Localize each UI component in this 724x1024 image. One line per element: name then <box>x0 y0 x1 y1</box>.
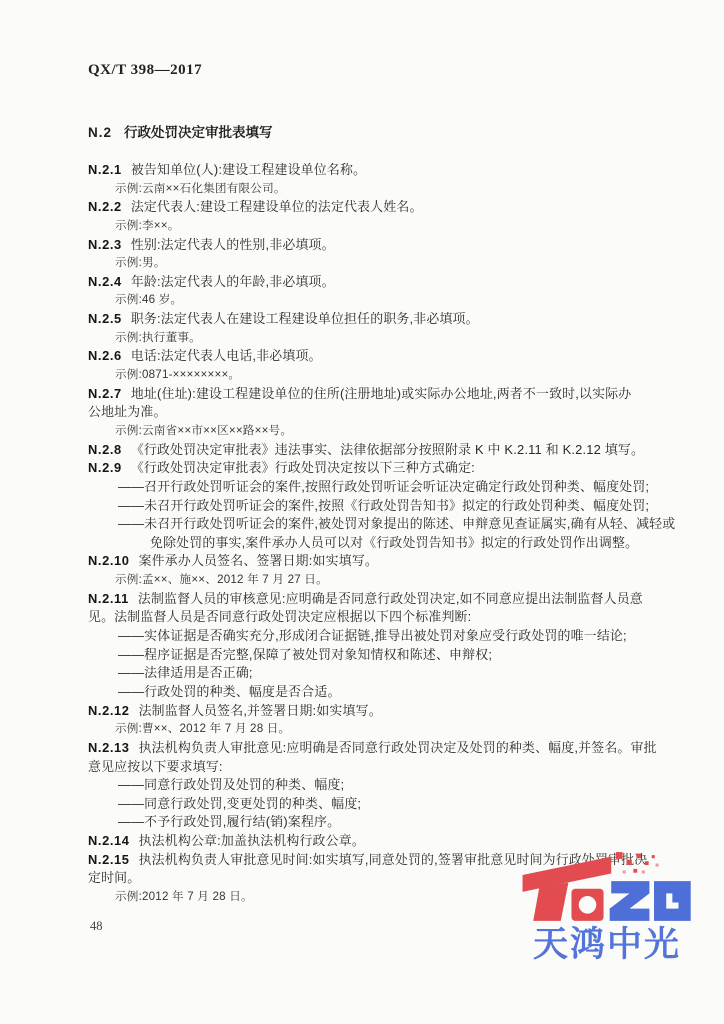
clause-text: 被告知单位(人):建设工程建设单位名称。 <box>131 162 366 177</box>
clause-text: 法制监督人员的审核意见:应明确是否同意行政处罚决定,如不同意应提出法制监督人员意 <box>138 591 643 606</box>
cont-line: 公地址为准。 <box>88 403 663 422</box>
cont-line: 见。法制监督人员是否同意行政处罚决定应根据以下四个标准判断: <box>88 608 663 627</box>
clause-number: N.2.7 <box>88 386 122 401</box>
page-body: N.2.1被告知单位(人):建设工程建设单位名称。示例:云南××石化集团有限公司… <box>88 161 663 907</box>
clause-number: N.2.2 <box>88 199 122 214</box>
dash-line: ——实体证据是否确实充分,形成闭合证据链,推导出被处罚对象应受行政处罚的唯一结论… <box>88 627 663 646</box>
dash-line: ——不予行政处罚,履行结(销)案程序。 <box>88 813 663 832</box>
clause-text: 执法机构负责人审批意见:应明确是否同意行政处罚决定及处罚的种类、幅度,并签名。审… <box>139 740 657 755</box>
clause-text: 职务:法定代表人在建设工程建设单位担任的职务,非必填项。 <box>131 311 479 326</box>
ex-line: 示例:0871-××××××××。 <box>88 366 663 385</box>
section-number: N.2 <box>88 125 112 140</box>
clause-text: 年龄:法定代表人的年龄,非必填项。 <box>131 274 335 289</box>
clause-number: N.2.8 <box>88 442 122 457</box>
clause-N.2.10: N.2.10案件承办人员签名、签署日期:如实填写。 <box>88 552 663 571</box>
clause-N.2.4: N.2.4年龄:法定代表人的年龄,非必填项。 <box>88 273 663 292</box>
clause-text: 法制监督人员签名,并签署日期:如实填写。 <box>139 703 382 718</box>
ex-line: 示例:李××。 <box>88 217 663 236</box>
clause-N.2.9: N.2.9《行政处罚决定审批表》行政处罚决定按以下三种方式确定: <box>88 459 663 478</box>
clause-number: N.2.15 <box>88 852 130 867</box>
dash-line: ——行政处罚的种类、幅度是否合适。 <box>88 683 663 702</box>
clause-N.2.2: N.2.2法定代表人:建设工程建设单位的法定代表人姓名。 <box>88 198 663 217</box>
ex-line: 示例:男。 <box>88 254 663 273</box>
clause-number: N.2.10 <box>88 553 130 568</box>
clause-number: N.2.13 <box>88 740 130 755</box>
cont-line: 意见应按以下要求填写: <box>88 758 663 777</box>
ex-line: 示例:执行董事。 <box>88 329 663 348</box>
dash-line: ——同意行政处罚,变更处罚的种类、幅度; <box>88 795 663 814</box>
clause-number: N.2.14 <box>88 833 130 848</box>
clause-N.2.1: N.2.1被告知单位(人):建设工程建设单位名称。 <box>88 161 663 180</box>
ex-line: 示例:曹××、2012 年 7 月 28 日。 <box>88 720 663 739</box>
dash-line: ——程序证据是否完整,保障了被处罚对象知情权和陈述、申辩权; <box>88 646 663 665</box>
clause-text: 法定代表人:建设工程建设单位的法定代表人姓名。 <box>131 199 423 214</box>
dash-line: ——同意行政处罚及处罚的种类、幅度; <box>88 776 663 795</box>
clause-N.2.5: N.2.5职务:法定代表人在建设工程建设单位担任的职务,非必填项。 <box>88 310 663 329</box>
brand-name: 天鸿中光 <box>518 926 696 964</box>
clause-text: 《行政处罚决定审批表》行政处罚决定按以下三种方式确定: <box>131 460 475 475</box>
clause-N.2.11: N.2.11法制监督人员的审核意见:应明确是否同意行政处罚决定,如不同意应提出法… <box>88 590 663 609</box>
clause-number: N.2.11 <box>88 591 129 606</box>
clause-text: 案件承办人员签名、签署日期:如实填写。 <box>139 553 378 568</box>
clause-text: 《行政处罚决定审批表》违法事实、法律依据部分按照附录 K 中 K.2.11 和 … <box>131 442 644 457</box>
page-number: 48 <box>90 919 103 934</box>
dash-line: ——未召开行政处罚听证会的案件,按照《行政处罚告知书》拟定的行政处罚种类、幅度处… <box>88 497 663 516</box>
clause-number: N.2.6 <box>88 348 122 363</box>
section-heading: N.2行政处罚决定审批表填写 <box>88 121 273 141</box>
clause-N.2.8: N.2.8《行政处罚决定审批表》违法事实、法律依据部分按照附录 K 中 K.2.… <box>88 441 663 460</box>
thzg-watermark: 天鸿中光 <box>518 852 696 964</box>
document-page: QX/T 398—2017 N.2行政处罚决定审批表填写 N.2.1被告知单位(… <box>0 0 724 1024</box>
clause-text: 地址(住址):建设工程建设单位的住所(注册地址)或实际办公地址,两者不一致时,以… <box>131 386 632 401</box>
clause-N.2.3: N.2.3性别:法定代表人的性别,非必填项。 <box>88 236 663 255</box>
clause-N.2.13: N.2.13执法机构负责人审批意见:应明确是否同意行政处罚决定及处罚的种类、幅度… <box>88 739 663 758</box>
dash-line: ——未召开行政处罚听证会的案件,被处罚对象提出的陈述、申辩意见查证属实,确有从轻… <box>88 515 663 534</box>
dash-line: ——召开行政处罚听证会的案件,按照行政处罚听证会听证决定确定行政处罚种类、幅度处… <box>88 478 663 497</box>
clause-text: 执法机构公章:加盖执法机构行政公章。 <box>139 833 365 848</box>
clause-number: N.2.5 <box>88 311 122 326</box>
clause-text: 电话:法定代表人电话,非必填项。 <box>131 348 322 363</box>
clause-N.2.6: N.2.6电话:法定代表人电话,非必填项。 <box>88 347 663 366</box>
dashcont-line: 免除处罚的事实,案件承办人员可以对《行政处罚告知书》拟定的行政处罚作出调整。 <box>88 534 663 553</box>
clause-number: N.2.1 <box>88 162 122 177</box>
clause-N.2.7: N.2.7地址(住址):建设工程建设单位的住所(注册地址)或实际办公地址,两者不… <box>88 385 663 404</box>
section-title: 行政处罚决定审批表填写 <box>124 125 273 140</box>
clause-number: N.2.12 <box>88 703 130 718</box>
clause-number: N.2.9 <box>88 460 122 475</box>
clause-number: N.2.3 <box>88 237 122 252</box>
doc-code: QX/T 398—2017 <box>88 62 202 79</box>
ex-line: 示例:云南省××市××区××路××号。 <box>88 422 663 441</box>
clause-number: N.2.4 <box>88 274 122 289</box>
thzg-logo-icon <box>521 852 693 924</box>
clause-N.2.14: N.2.14执法机构公章:加盖执法机构行政公章。 <box>88 832 663 851</box>
ex-line: 示例:46 岁。 <box>88 291 663 310</box>
ex-line: 示例:孟××、施××、2012 年 7 月 27 日。 <box>88 571 663 590</box>
clause-text: 性别:法定代表人的性别,非必填项。 <box>131 237 335 252</box>
clause-N.2.12: N.2.12法制监督人员签名,并签署日期:如实填写。 <box>88 702 663 721</box>
ex-line: 示例:云南××石化集团有限公司。 <box>88 180 663 199</box>
dash-line: ——法律适用是否正确; <box>88 664 663 683</box>
